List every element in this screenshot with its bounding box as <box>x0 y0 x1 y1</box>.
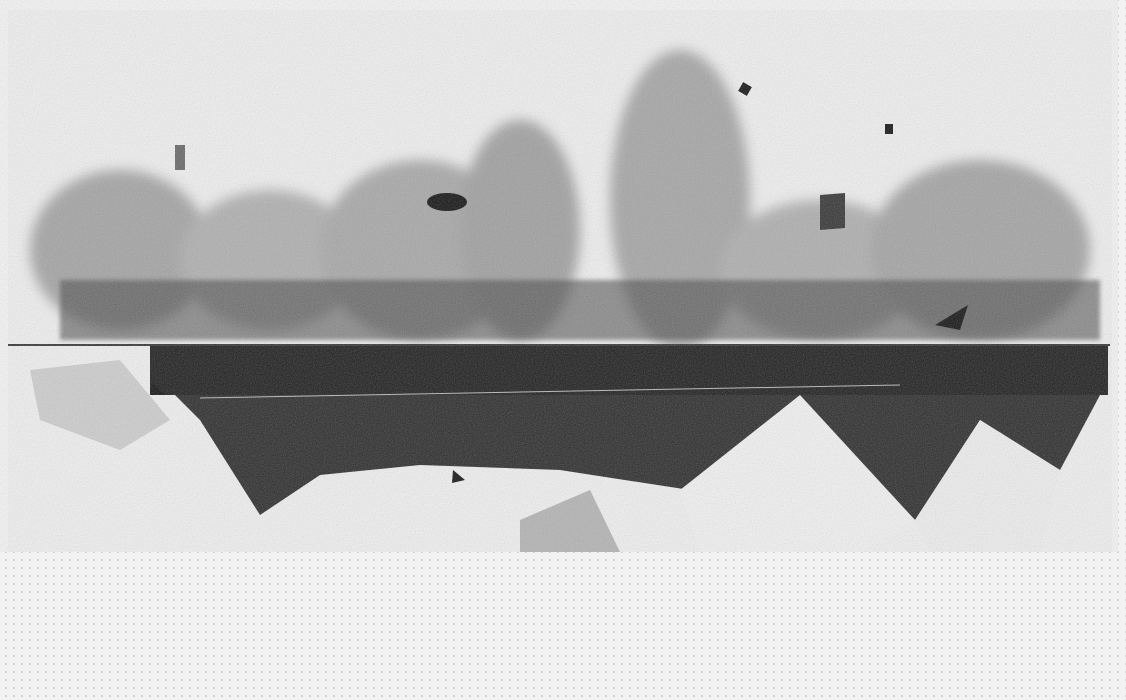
artwork-image <box>0 0 1118 552</box>
etching-illustration <box>0 0 1118 552</box>
